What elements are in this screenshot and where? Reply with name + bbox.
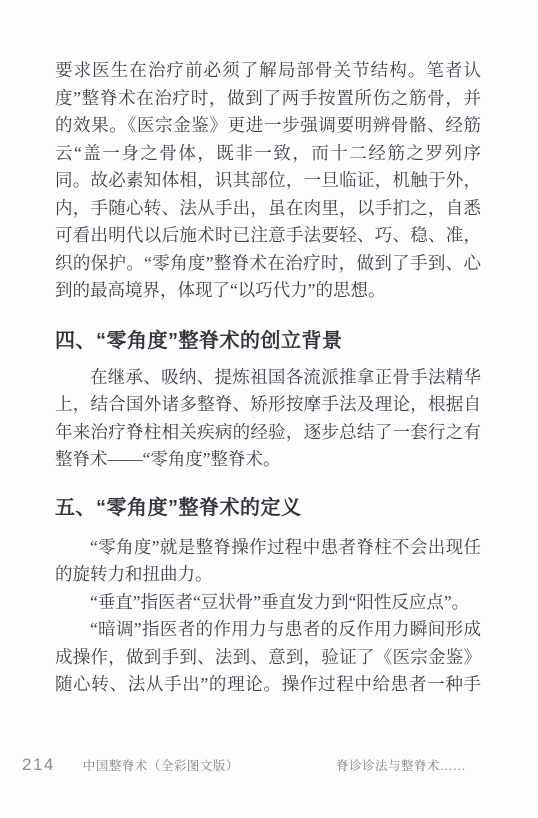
- page-number: 214: [22, 755, 55, 775]
- text-line: “暗调”指医者的作用力与患者的反作用力瞬间形成合力而完: [55, 616, 481, 644]
- paragraph-background: 在继承、吸纳、提炼祖国各流派推拿正骨手法精华的基础 上，结合国外诸多整脊、矫形按…: [55, 364, 481, 474]
- book-page: 要求医生在治疗前必须了解局部骨关节结构。笔者认为“零角 度”整脊术在治疗时，做到…: [0, 0, 538, 818]
- text-line: 的效果。《医宗金鉴》更进一步强调要明辨骨骼、经筋的位置，: [55, 112, 481, 140]
- paragraph-intro: 要求医生在治疗前必须了解局部骨关节结构。笔者认为“零角 度”整脊术在治疗时，做到…: [55, 57, 481, 305]
- text-line: 上，结合国外诸多整脊、矫形按摩手法及理论，根据自己 10 多: [55, 391, 481, 419]
- text-line: 可看出明代以后施术时已注意手法要轻、巧、稳、准，注重软组: [55, 222, 481, 250]
- text-line: 云“盖一身之骨体，既非一致，而十二经筋之罗列序属，又各不: [55, 140, 481, 168]
- section-heading-5: 五、“零角度”整脊术的定义: [55, 495, 481, 521]
- footer-book-title: 中国整脊术（全彩图文版）: [83, 756, 239, 774]
- text-line: 到的最高境界，体现了“以巧代力”的思想。: [55, 277, 481, 305]
- text-line: 年来治疗脊柱相关疾病的经验，逐步总结了一套行之有效的特色: [55, 419, 481, 447]
- text-line: “垂直”指医者“豆状骨”垂直发力到“阳性反应点”。: [55, 589, 481, 617]
- text-block: 要求医生在治疗前必须了解局部骨关节结构。笔者认为“零角 度”整脊术在治疗时，做到…: [55, 57, 481, 699]
- text-line: 内，手随心转、法从手出，虽在肉里，以手扪之，自悉其情”。: [55, 195, 481, 223]
- text-line: 整脊术——“零角度”整脊术。: [55, 446, 481, 474]
- text-line: 随心转、法从手出”的理论。操作过程中给患者一种手没动的感: [55, 671, 481, 699]
- section-heading-4: 四、“零角度”整脊术的创立背景: [55, 328, 481, 354]
- paragraph-definition: “零角度”就是整脊操作过程中患者脊柱不会出现任何形式 的旋转力和扭曲力。 “垂直…: [55, 534, 481, 699]
- text-line: 织的保护。“零角度”整脊术在治疗时，做到了手到、心到、法: [55, 250, 481, 278]
- text-line: 成操作，做到手到、法到、意到，验证了《医宗金鉴》所讲的“手: [55, 644, 481, 672]
- footer-chapter-title: 脊诊诊法与整脊术……: [336, 756, 466, 774]
- text-line: 度”整脊术在治疗时，做到了两手按置所伤之筋骨，并达到整复: [55, 85, 481, 113]
- page-footer: 214 中国整脊术（全彩图文版） 脊诊诊法与整脊术……: [22, 755, 466, 775]
- text-line: 的旋转力和扭曲力。: [55, 561, 481, 589]
- text-line: “零角度”就是整脊操作过程中患者脊柱不会出现任何形式: [55, 534, 481, 562]
- text-line: 要求医生在治疗前必须了解局部骨关节结构。笔者认为“零角: [55, 57, 481, 85]
- text-line: 同。故必素知体相，识其部位，一旦临证，机触于外，巧生于: [55, 167, 481, 195]
- text-line: 在继承、吸纳、提炼祖国各流派推拿正骨手法精华的基础: [55, 364, 481, 392]
